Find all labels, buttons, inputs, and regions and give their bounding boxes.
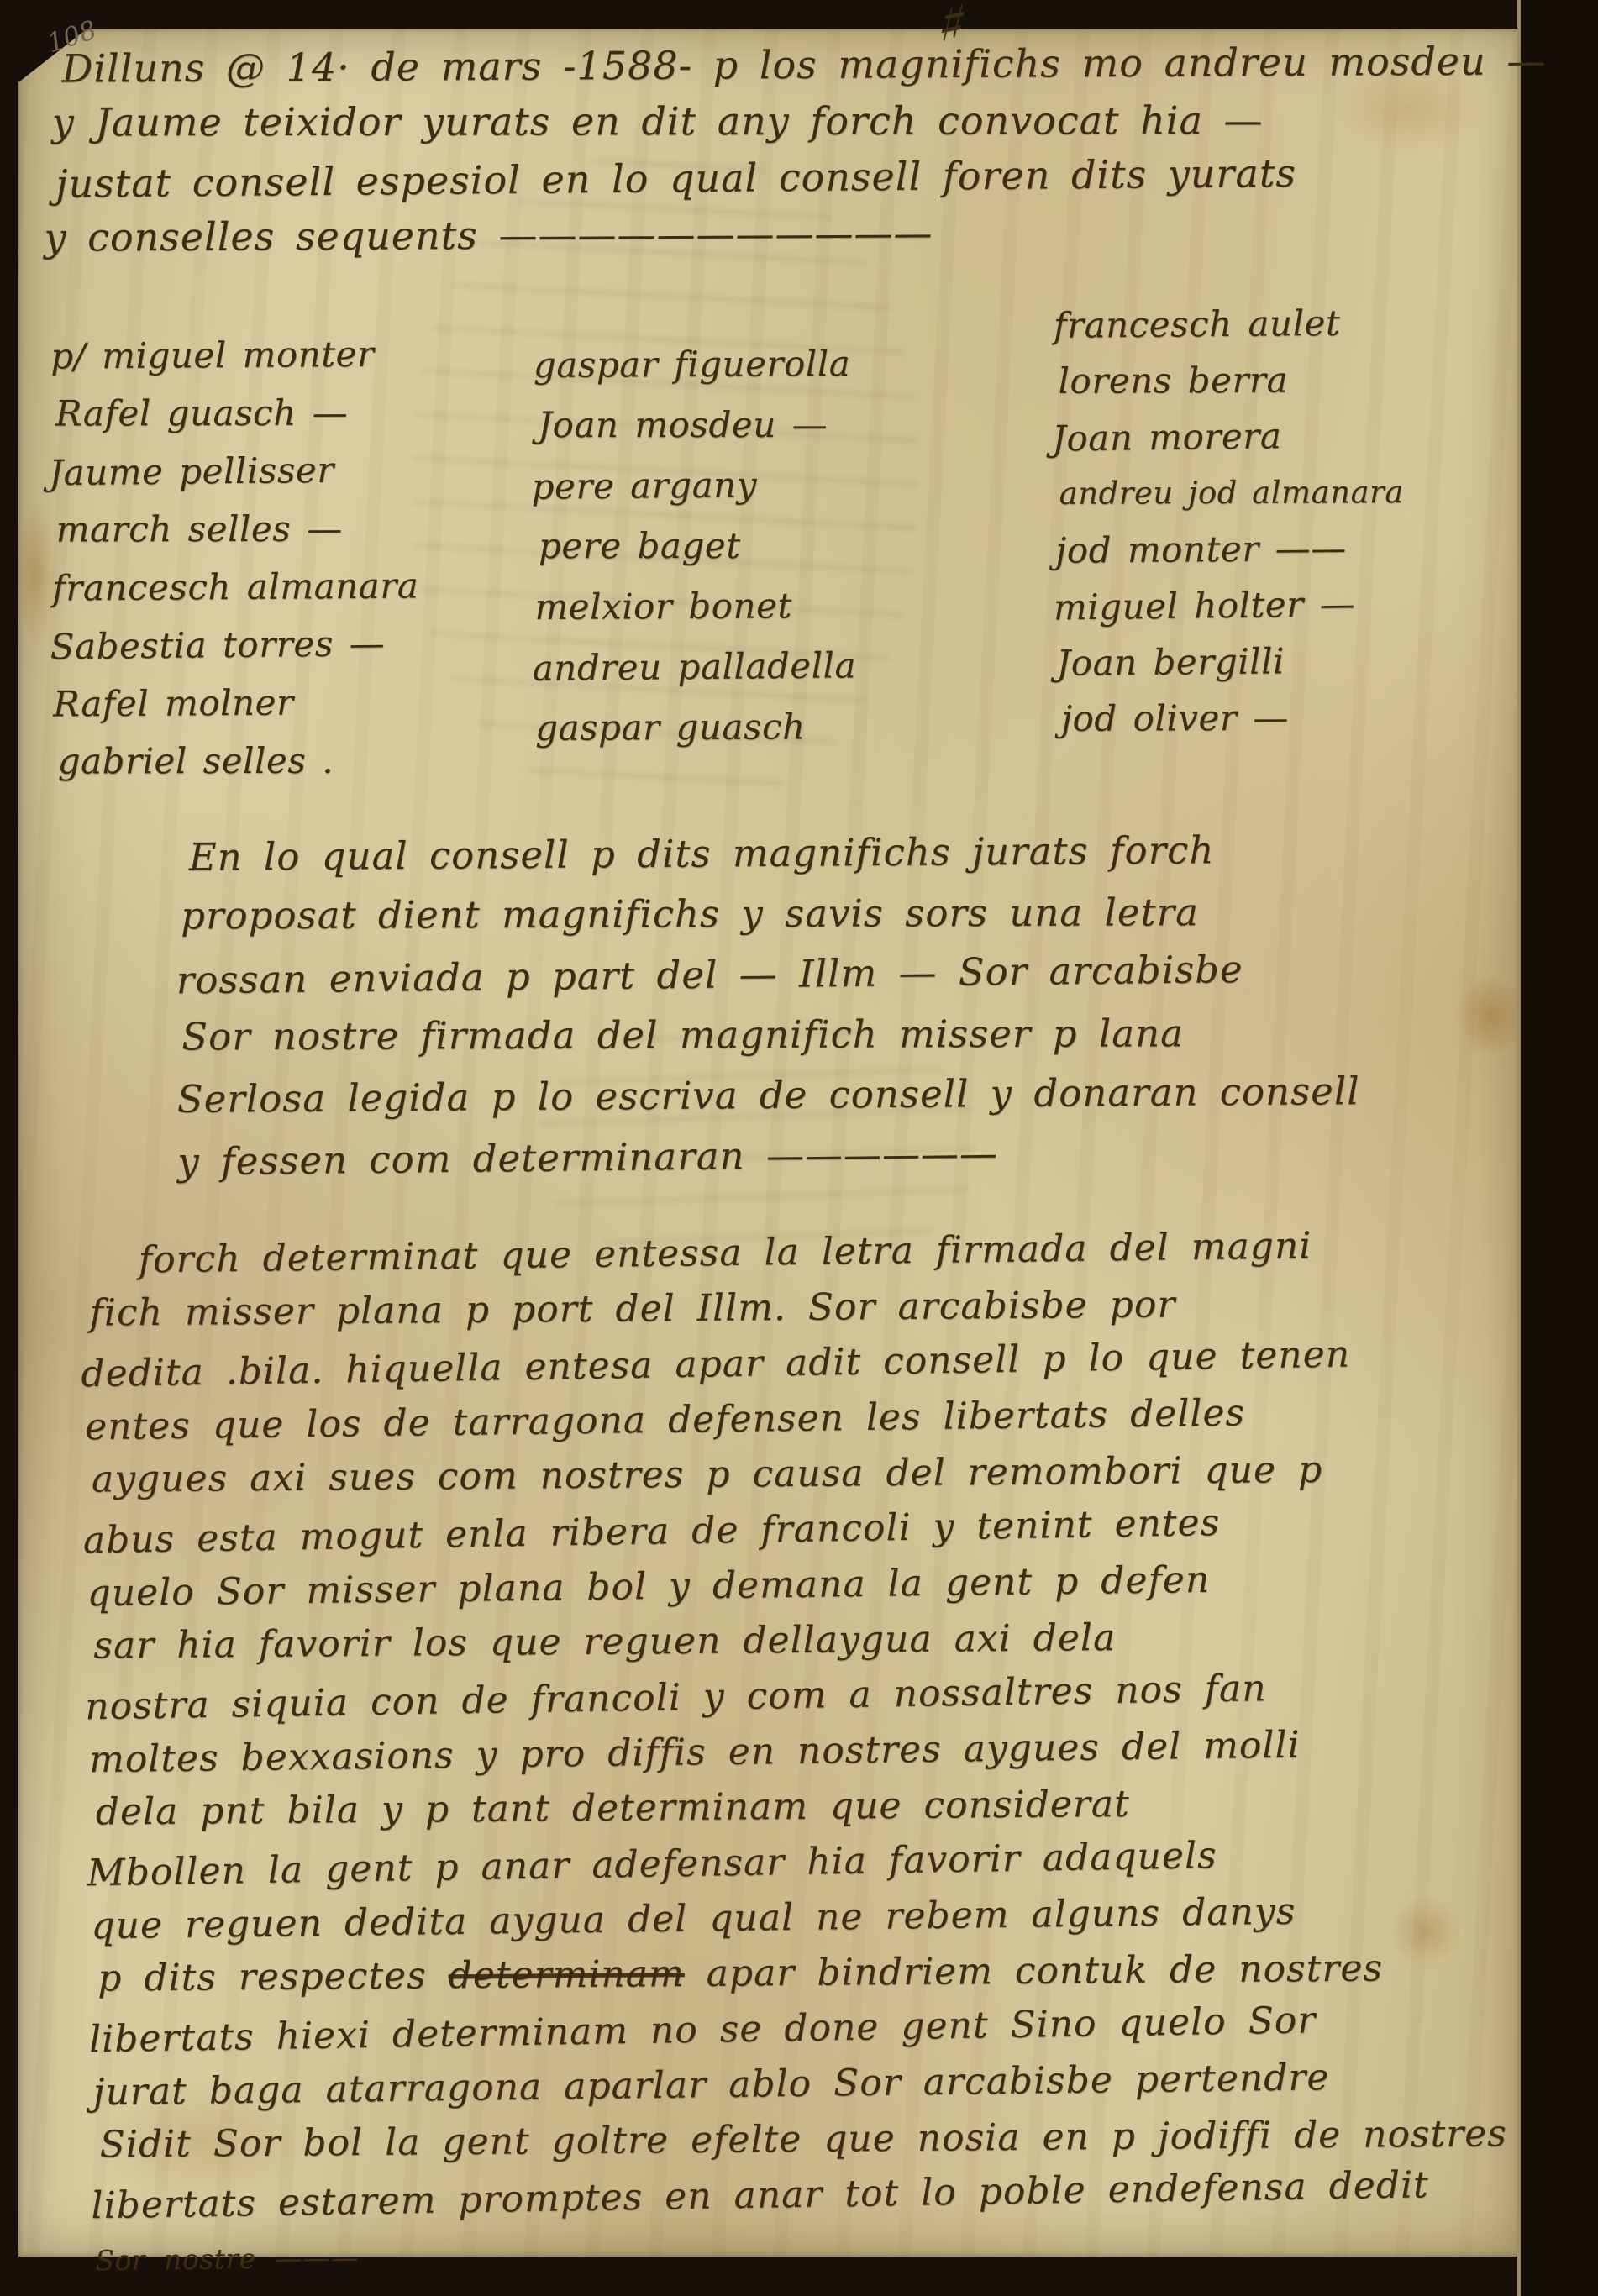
attendee-name: jod oliver — <box>1061 689 1406 747</box>
attendee-name: gaspar guasch <box>535 696 859 759</box>
manuscript-photo: 108 ♯ Dilluns @ 14· de mars -1588- p los… <box>0 0 1598 2296</box>
header-paragraph: Dilluns @ 14· de mars -1588- p los magni… <box>43 33 1547 265</box>
attendee-name: Rafel guasch — <box>55 383 422 442</box>
attendee-name: lorens berra <box>1058 351 1402 409</box>
attendee-name: Joan morera <box>1052 407 1397 467</box>
header-line: justat consell espesiol en lo qual conse… <box>55 143 1547 212</box>
header-line: y conselles sequents ——————————— <box>44 202 1547 265</box>
header-line: Dilluns @ 14· de mars -1588- p los magni… <box>61 33 1546 97</box>
paragraph-line: En lo qual consell p dits magnifichs jur… <box>189 819 1359 888</box>
attendee-name: Sabestia torres — <box>50 614 417 676</box>
paragraph-line: proposat dient magnifichs y savis sors u… <box>181 882 1364 947</box>
binding-edge <box>1521 0 1598 2296</box>
attendee-column-right: francesch aulet lorens berra Joan morera… <box>1054 294 1402 748</box>
header-line: y Jaume teixidor yurats en dit any forch… <box>52 92 1547 150</box>
attendee-name: pere baget <box>539 516 862 576</box>
attendee-name: andreu jod almanara <box>1059 464 1404 522</box>
attendee-name: Rafel molner <box>53 672 420 733</box>
strike-pre-text: p dits respectes <box>97 1954 449 1999</box>
attendee-name: Joan mosdeu — <box>538 395 861 455</box>
attendee-column-left: p/ miguel monter Rafel guasch — Jaume pe… <box>50 324 420 791</box>
paragraph-line: rossan enviada p part del — Illm — Sor a… <box>176 938 1359 1011</box>
attendee-name: andreu palladella <box>532 635 856 698</box>
attendee-name: Jaume pellisser <box>49 440 416 502</box>
attendee-name: miguel holter — <box>1053 575 1398 636</box>
paragraph-line: Serlosa legida p lo escriva de consell y… <box>177 1061 1360 1130</box>
stain <box>1453 969 1526 1062</box>
attendee-name: francesch aulet <box>1054 294 1399 354</box>
attendee-column-middle: gaspar figuerolla Joan mosdeu — pere arg… <box>534 334 859 759</box>
attendee-name: Joan bergilli <box>1056 632 1401 691</box>
attendee-name: gaspar figuerolla <box>534 334 858 396</box>
attendee-name: march selles — <box>56 499 423 558</box>
council-proposal-paragraph: En lo qual consell p dits magnifichs jur… <box>176 819 1361 1190</box>
attendee-name: melxior bonet <box>534 575 859 638</box>
attendee-name: p/ miguel monter <box>50 324 418 385</box>
attendee-name: pere argany <box>531 454 855 517</box>
attendee-name: francesch almanara <box>52 556 419 617</box>
attendee-name: jod monter —— <box>1055 519 1401 579</box>
strike-through-word: determinam <box>448 1952 684 1997</box>
resolution-paragraph: forch determinat que entessa la letra fi… <box>82 1216 1503 2288</box>
strike-post-text: apar bindriem contuk de nostres <box>684 1947 1383 1995</box>
paragraph-line: Sor nostre firmada del magnifich misser … <box>181 1003 1364 1068</box>
paragraph-line: y fessen com determinaran —————— <box>177 1120 1360 1193</box>
attendee-name: gabriel selles . <box>58 731 424 790</box>
